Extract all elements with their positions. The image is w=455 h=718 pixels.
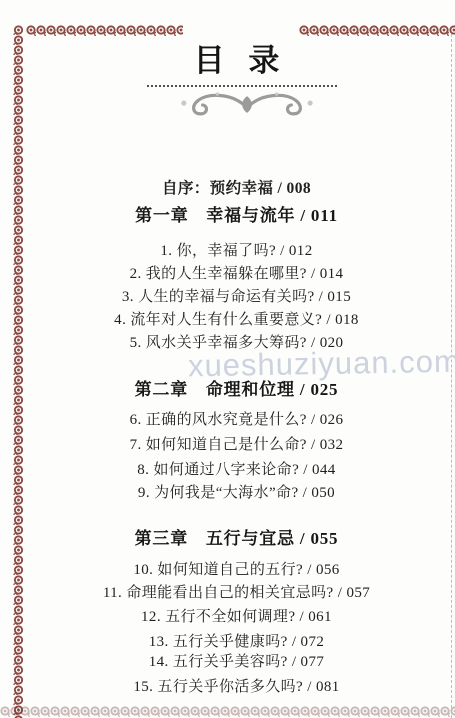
toc-item-6: 6. 正确的风水究竟是什么? / 026 xyxy=(10,409,455,432)
toc-item-3: 3. 人生的幸福与命运有关吗? / 015 xyxy=(10,286,455,309)
toc-chapter-1-title: 第一章 幸福与流年 / 011 xyxy=(10,203,455,229)
toc-item-5: 5. 风水关乎幸福多大筹码? / 020 xyxy=(10,332,455,355)
toc-chapter-3-title: 第三章 五行与宜忌 / 055 xyxy=(10,526,455,552)
toc-preface: 自序：预约幸福 / 008 xyxy=(10,177,455,201)
toc-item-12: 12. 五行不全如何调理? / 061 xyxy=(10,606,455,629)
toc-item-2: 2. 我的人生幸福躲在哪里? / 014 xyxy=(10,263,455,286)
toc-chapter-2-title: 第二章 命理和位理 / 025 xyxy=(10,377,455,403)
toc-item-1: 1. 你，幸福了吗? / 012 xyxy=(10,240,455,263)
table-of-contents: 自序：预约幸福 / 008 第一章 幸福与流年 / 011 1. 你，幸福了吗?… xyxy=(0,0,455,718)
toc-item-10: 10. 如何知道自己的五行? / 056 xyxy=(10,559,455,582)
toc-item-14: 14. 五行关乎美容吗? / 077 xyxy=(10,651,455,674)
toc-item-9: 9. 为何我是“大海水”命? / 050 xyxy=(10,482,455,505)
toc-item-4: 4. 流年对人生有什么重要意义? / 018 xyxy=(10,309,455,332)
scanned-page: 目 录 xueshuziyuan.com 自序：预约幸福 / 008 第一章 幸… xyxy=(0,0,455,718)
toc-item-7: 7. 如何知道自己是什么命? / 032 xyxy=(10,434,455,457)
toc-item-8: 8. 如何通过八字来论命? / 044 xyxy=(10,459,455,482)
toc-item-15: 15. 五行关乎你活多久吗? / 081 xyxy=(10,676,455,699)
toc-item-11: 11. 命理能看出自己的相关宜忌吗? / 057 xyxy=(10,582,455,605)
